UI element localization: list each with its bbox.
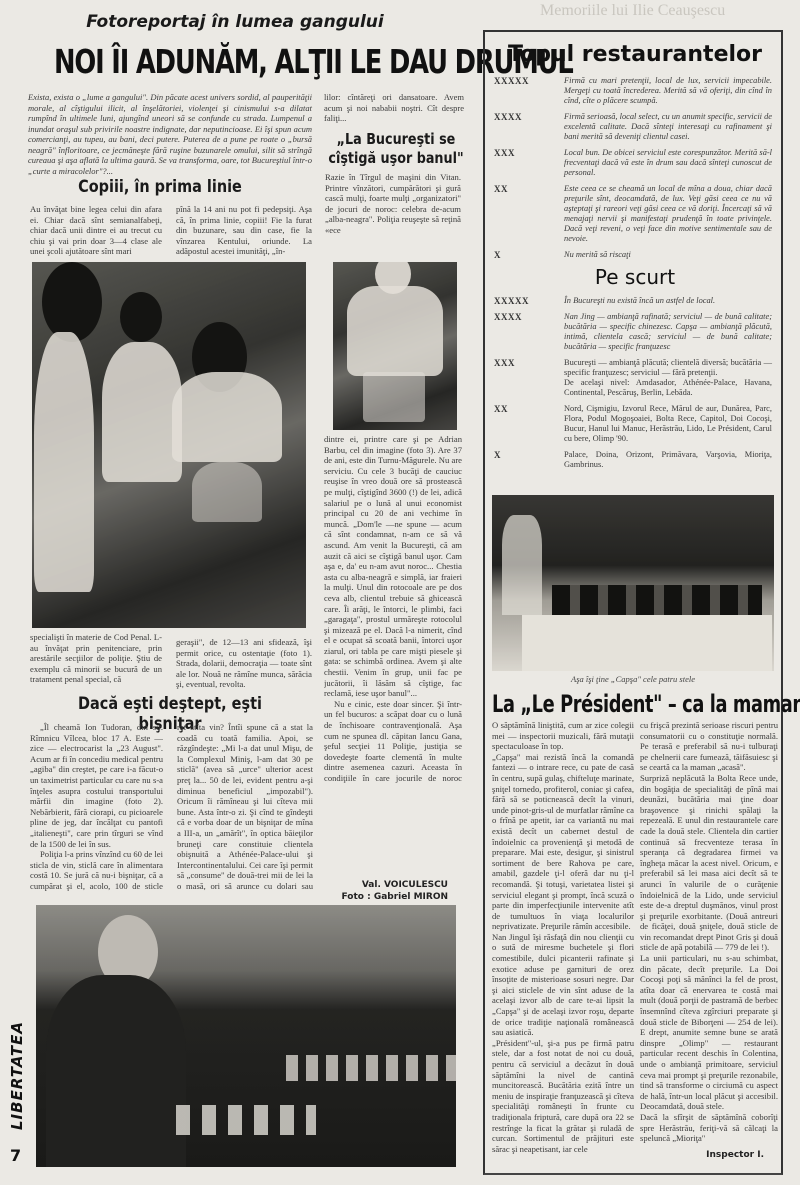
rating-description: Nu merită să riscaţi <box>564 250 780 260</box>
photo-children <box>32 262 306 628</box>
section-children-col2: pînă la 14 ani nu pot fi pedepsiţi. Aşa … <box>176 204 312 257</box>
rating-stars: XXX <box>484 148 564 178</box>
short-list: XXXXX În Bucureşti nu există încă un ast… <box>484 296 780 476</box>
short-text: Palace, Doina, Orizont, Primăvara, Varşo… <box>564 450 780 470</box>
section-title-children: Copiii, în prima linie <box>58 177 262 197</box>
section-smart-col1: „Îl cheamă Ion Tudoran, din str. Rîmnicu… <box>30 722 163 892</box>
section-children-after-col1: specialişti în materie de Cod Penal. L-a… <box>30 632 162 685</box>
restaurants-title: Topul restaurantelor <box>490 42 780 67</box>
short-text: În Bucureşti nu există încă un astfel de… <box>564 296 780 306</box>
article-lead: Exista, exista o „lume a gangului". Din … <box>28 92 312 176</box>
page-number: 7 <box>10 1146 21 1165</box>
president-signature: Inspector I. <box>640 1150 764 1160</box>
rating-row-1: X Nu merită să riscaţi <box>484 250 780 260</box>
short-row-1: X Palace, Doina, Orizont, Primăvara, Var… <box>484 450 780 470</box>
short-stars: XXXXX <box>484 296 564 306</box>
section-children-after-col2: geraşii", de 12—13 ani sfidează, îşi per… <box>176 637 312 690</box>
rating-row-3: XXX Local bun. De obicei serviciul este … <box>484 148 780 178</box>
president-headline: La „Le Président" – ca la maman acasă! <box>492 690 800 718</box>
rating-description: Firmă cu mari pretenţii, local de lux, s… <box>564 76 780 106</box>
rating-row-5: XXXXX Firmă cu mari pretenţii, local de … <box>484 76 780 106</box>
smart-paragraph-2: Poliţia l-a prins vînzînd cu 60 de lei s… <box>30 849 163 892</box>
bucharest-paragraph-1: dintre ei, printre care şi pe Adrian Bar… <box>324 434 462 699</box>
short-stars: XXX <box>484 358 564 398</box>
section-title-bucharest: „La Bucureşti se cîştigă uşor banul" <box>328 130 464 168</box>
short-stars: XXXX <box>484 312 564 352</box>
president-col2: cu frişcă prezintă serioase riscuri pent… <box>640 720 778 1150</box>
smart-paragraph-1: „Îl cheamă Ion Tudoran, din str. Rîmnicu… <box>30 722 163 849</box>
section-bucharest-intro: Razie în Tîrgul de maşini din Vitan. Pri… <box>325 172 461 236</box>
author-byline: Val. VOICULESCU <box>330 880 448 890</box>
rating-description: Firmă serioasă, local select, cu un anum… <box>564 112 780 142</box>
short-row-3: XXX Bucureşti — ambianţă plăcută; client… <box>484 358 780 398</box>
masthead-vertical: LIBERTATEA <box>8 1021 26 1130</box>
rating-description: Este ceea ce se cheamă un local de mîna … <box>564 184 780 244</box>
short-row-5: XXXXX În Bucureşti nu există încă un ast… <box>484 296 780 306</box>
short-text: Nan Jing — ambianţă rafinată; serviciul … <box>564 312 780 352</box>
short-row-2: XX Nord, Cişmigiu, Izvorul Rece, Mărul d… <box>484 404 780 444</box>
short-stars: XX <box>484 404 564 444</box>
section-smart-col2: rat atîta vin? Întîi spune că a stat la … <box>177 722 313 892</box>
rating-stars: XXXXX <box>484 76 564 106</box>
photo-adrian-barbu <box>333 262 457 430</box>
photo-bottle-seller <box>36 905 456 1167</box>
rating-row-2: XX Este ceea ce se cheamă un local de mî… <box>484 184 780 244</box>
rating-stars: XX <box>484 184 564 244</box>
photo-caption-capsa: Aşa îşi ţine „Capşa" cele patru stele <box>492 674 774 684</box>
rating-stars: X <box>484 250 564 260</box>
bucharest-paragraph-2: Nu e cinic, este doar sincer. Şi într-un… <box>324 699 462 784</box>
bleed-through-text: Memoriile lui Ilie Ceauşescu <box>540 2 725 20</box>
short-title: Pe scurt <box>490 265 780 289</box>
photo-capsa-buffet <box>492 495 774 671</box>
photo-credit: Foto : Gabriel MIRON <box>330 892 448 902</box>
short-text: Bucureşti — ambianţă plăcută; clientelă … <box>564 358 780 398</box>
short-row-4: XXXX Nan Jing — ambianţă rafinată; servi… <box>484 312 780 352</box>
article-kicker: Fotoreportaj în lumea gangului <box>80 12 390 32</box>
short-stars: X <box>484 450 564 470</box>
rating-row-4: XXXX Firmă serioasă, local select, cu un… <box>484 112 780 142</box>
section-children-col1: Au învăţat bine legea celui din afara ei… <box>30 204 162 257</box>
section-bucharest-body: dintre ei, printre care şi pe Adrian Bar… <box>324 434 462 784</box>
short-text: Nord, Cişmigiu, Izvorul Rece, Mărul de a… <box>564 404 780 444</box>
rating-stars: XXXX <box>484 112 564 142</box>
article-lead-continued: lilor: cîntăreţi ori dansatoare. Avem ac… <box>324 92 464 124</box>
president-col1: O săptămînă liniştită, cum ar zice coleg… <box>492 720 634 1162</box>
ratings-legend: XXXXX Firmă cu mari pretenţii, local de … <box>484 76 780 266</box>
rating-description: Local bun. De obicei serviciul este core… <box>564 148 780 178</box>
